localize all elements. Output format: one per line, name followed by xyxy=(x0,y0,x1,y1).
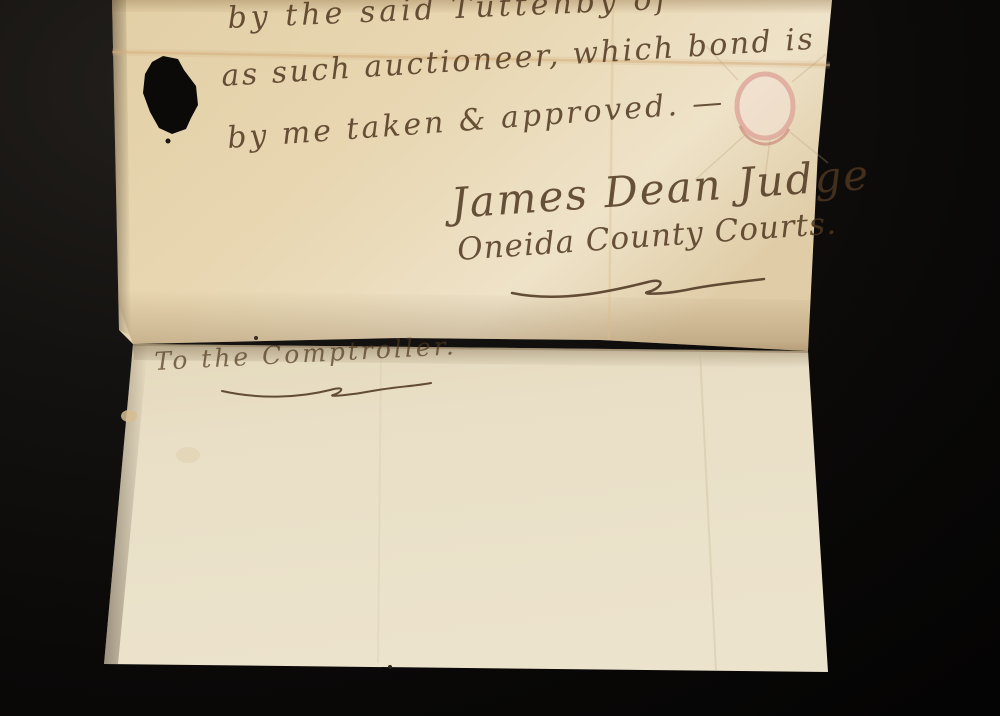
speck-fold xyxy=(254,336,258,340)
stain-smudge xyxy=(176,447,200,463)
stain-spot xyxy=(121,410,137,422)
speck-bottom xyxy=(388,665,392,669)
wax-seal xyxy=(737,74,793,144)
address-flap-paper xyxy=(104,344,828,672)
letter-upper-page: by the said Tuttenby of as such auctione… xyxy=(112,0,872,351)
tear-speck xyxy=(166,139,171,144)
letter-photo: by the said Tuttenby of as such auctione… xyxy=(0,0,1000,716)
letter-photo-canvas: by the said Tuttenby of as such auctione… xyxy=(0,0,1000,716)
letter-address-flap: To the Comptroller. xyxy=(104,331,828,672)
